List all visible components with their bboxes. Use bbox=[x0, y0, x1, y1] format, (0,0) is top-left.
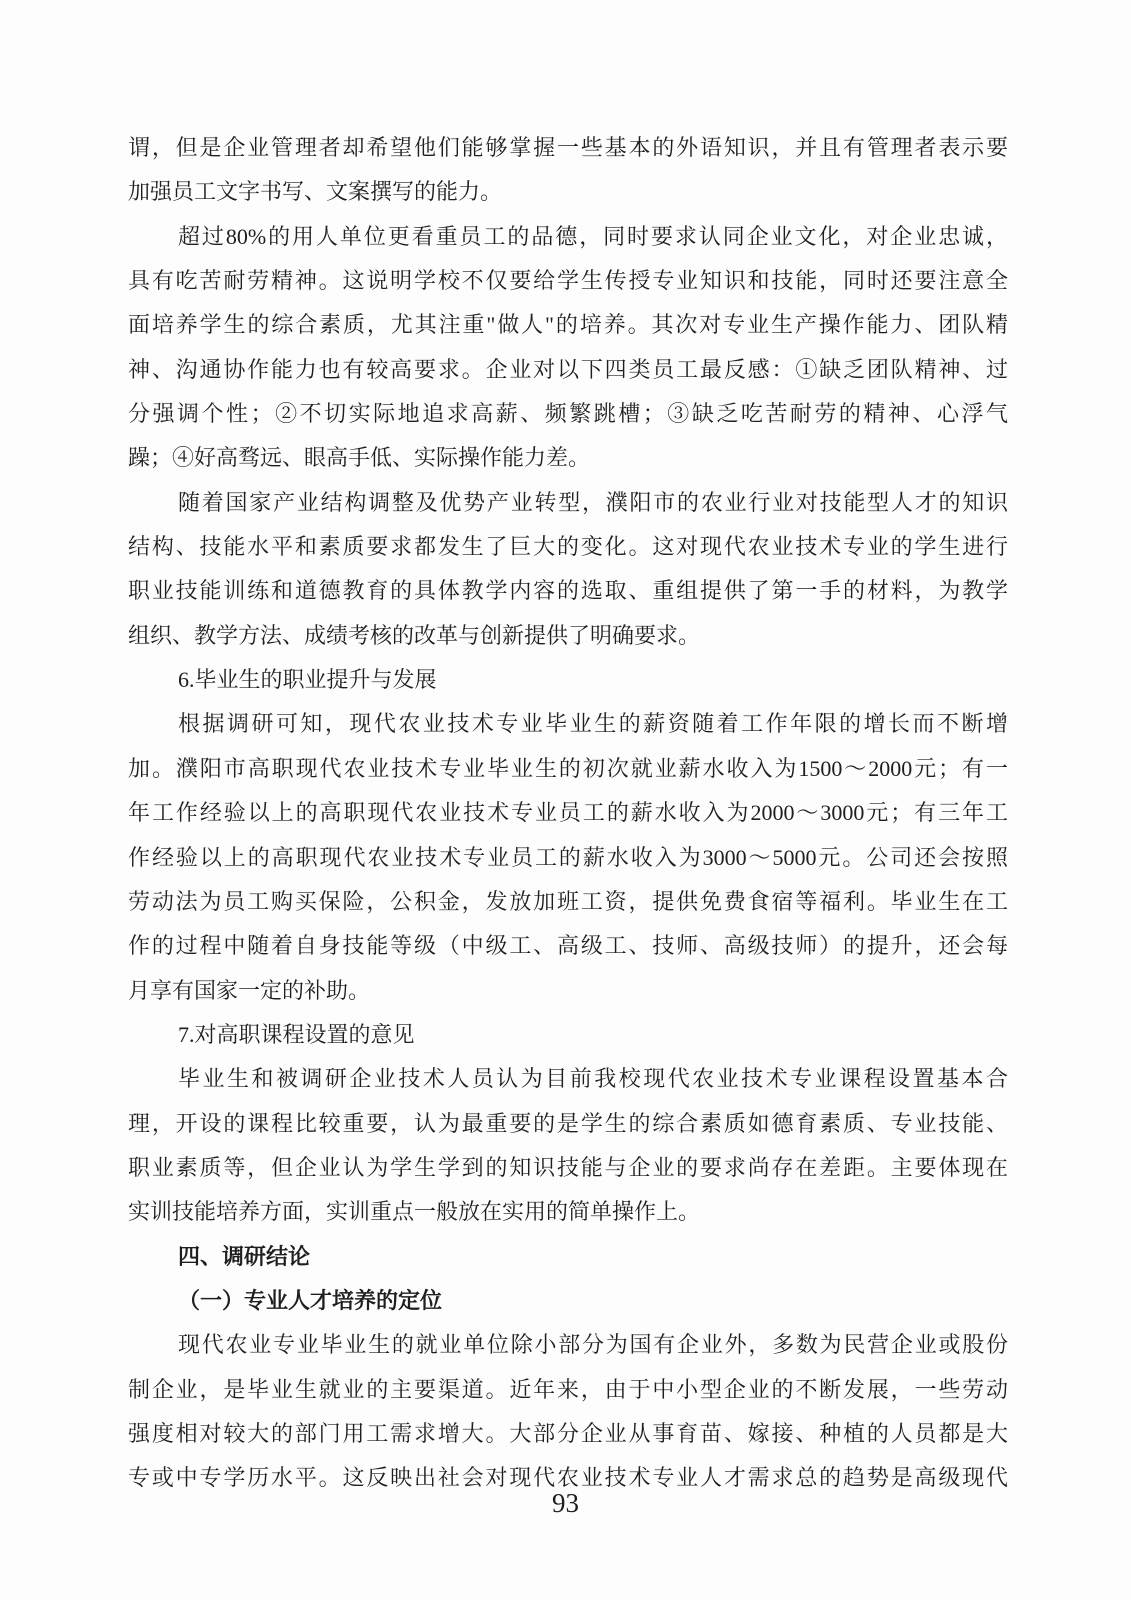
text-line: 超过80%的用人单位更看重员工的品德，同时要求认同企业文化，对企业忠诚， bbox=[128, 215, 1008, 259]
text-line: 7.对高职课程设置的意见 bbox=[128, 1013, 1008, 1057]
text-line: 根据调研可知，现代农业技术专业毕业生的薪资随着工作年限的增长而不断增 bbox=[128, 702, 1008, 746]
text-line: 劳动法为员工购买保险，公积金，发放加班工资，提供免费食宿等福利。毕业生在工 bbox=[128, 880, 1008, 924]
text-line: 强度相对较大的部门用工需求增大。大部分企业从事育苗、嫁接、种植的人员都是大 bbox=[128, 1412, 1008, 1456]
text-line: 职业素质等，但企业认为学生学到的知识技能与企业的要求尚存在差距。主要体现在 bbox=[128, 1146, 1008, 1190]
text-line: 实训技能培养方面，实训重点一般放在实用的简单操作上。 bbox=[128, 1190, 1008, 1234]
page-number: 93 bbox=[0, 1486, 1131, 1520]
text-line: 神、沟通协作能力也有较高要求。企业对以下四类员工最反感：①缺乏团队精神、过 bbox=[128, 348, 1008, 392]
text-line: 毕业生和被调研企业技术人员认为目前我校现代农业技术专业课程设置基本合 bbox=[128, 1057, 1008, 1101]
text-line: 6.毕业生的职业提升与发展 bbox=[128, 658, 1008, 702]
text-line: 加。濮阳市高职现代农业技术专业毕业生的初次就业薪水收入为1500～2000元；有… bbox=[128, 747, 1008, 791]
text-line: 职业技能训练和道德教育的具体教学内容的选取、重组提供了第一手的材料，为教学 bbox=[128, 569, 1008, 613]
text-line: 理，开设的课程比较重要，认为最重要的是学生的综合素质如德育素质、专业技能、 bbox=[128, 1102, 1008, 1146]
text-line: 随着国家产业结构调整及优势产业转型，濮阳市的农业行业对技能型人才的知识 bbox=[128, 481, 1008, 525]
text-line: 年工作经验以上的高职现代农业技术专业员工的薪水收入为2000～3000元；有三年… bbox=[128, 791, 1008, 835]
document-body: 谓，但是企业管理者却希望他们能够掌握一些基本的外语知识，并且有管理者表示要加强员… bbox=[128, 126, 1008, 1501]
text-line: 四、调研结论 bbox=[128, 1235, 1008, 1279]
text-line: 具有吃苦耐劳精神。这说明学校不仅要给学生传授专业知识和技能，同时还要注意全 bbox=[128, 259, 1008, 303]
text-line: 月享有国家一定的补助。 bbox=[128, 969, 1008, 1013]
text-line: 面培养学生的综合素质，尤其注重"做人"的培养。其次对专业生产操作能力、团队精 bbox=[128, 303, 1008, 347]
text-line: 谓，但是企业管理者却希望他们能够掌握一些基本的外语知识，并且有管理者表示要 bbox=[128, 126, 1008, 170]
text-line: 作经验以上的高职现代农业技术专业员工的薪水收入为3000～5000元。公司还会按… bbox=[128, 836, 1008, 880]
document-page: 谓，但是企业管理者却希望他们能够掌握一些基本的外语知识，并且有管理者表示要加强员… bbox=[0, 0, 1131, 1600]
text-line: 现代农业专业毕业生的就业单位除小部分为国有企业外，多数为民营企业或股份 bbox=[128, 1323, 1008, 1367]
text-line: 制企业，是毕业生就业的主要渠道。近年来，由于中小型企业的不断发展，一些劳动 bbox=[128, 1368, 1008, 1412]
text-line: 分强调个性；②不切实际地追求高薪、频繁跳槽；③缺乏吃苦耐劳的精神、心浮气 bbox=[128, 392, 1008, 436]
text-line: 作的过程中随着自身技能等级（中级工、高级工、技师、高级技师）的提升，还会每 bbox=[128, 924, 1008, 968]
text-line: 加强员工文字书写、文案撰写的能力。 bbox=[128, 170, 1008, 214]
text-line: 组织、教学方法、成绩考核的改革与创新提供了明确要求。 bbox=[128, 614, 1008, 658]
text-line: （一）专业人才培养的定位 bbox=[128, 1279, 1008, 1323]
text-line: 躁；④好高骛远、眼高手低、实际操作能力差。 bbox=[128, 436, 1008, 480]
text-line: 结构、技能水平和素质要求都发生了巨大的变化。这对现代农业技术专业的学生进行 bbox=[128, 525, 1008, 569]
